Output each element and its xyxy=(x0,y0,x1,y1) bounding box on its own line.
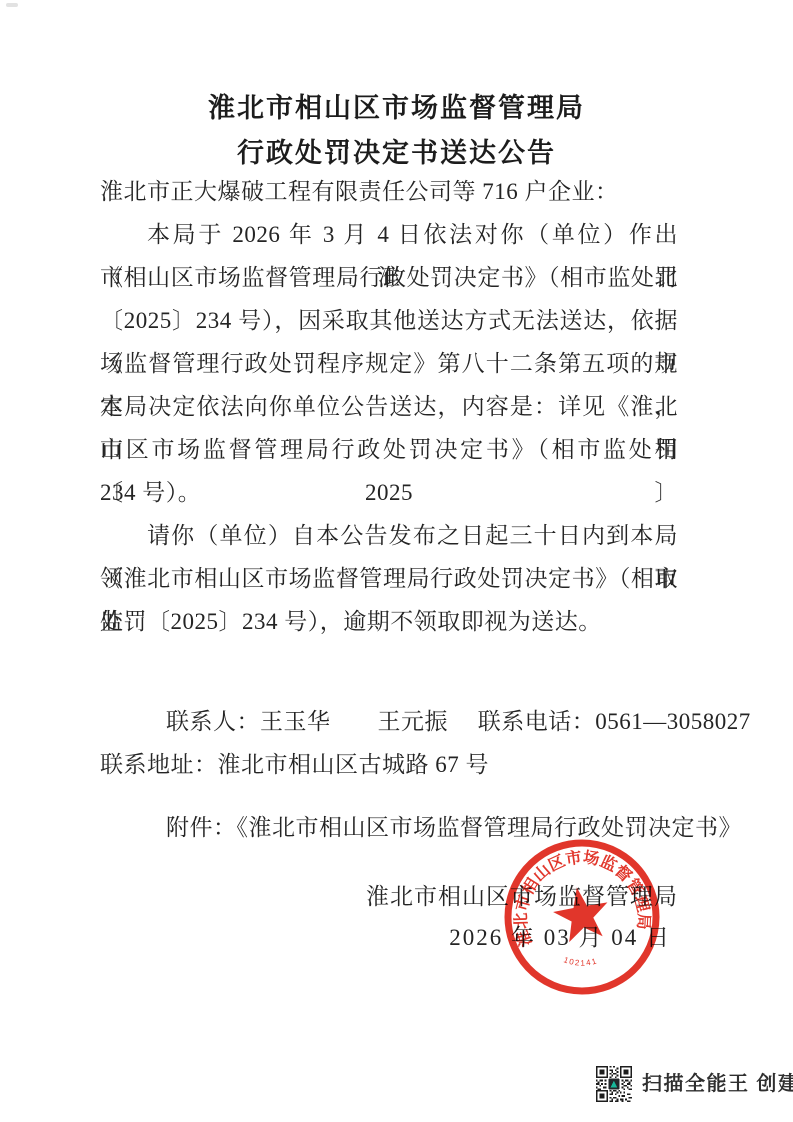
title-line-1: 淮北市相山区市场监督管理局 xyxy=(0,86,793,131)
scan-artifact xyxy=(6,3,18,7)
body-line: 本局决定依法向你单位公告送达，内容是：详见《淮北市相 xyxy=(100,385,678,428)
body-line: 场监督管理行政处罚程序规定》第八十二条第五项的规定， xyxy=(100,342,678,385)
qr-code-icon xyxy=(596,1066,632,1102)
document-body: 淮北市正大爆破工程有限责任公司等 716 户企业： 本局于 2026 年 3 月… xyxy=(100,170,678,643)
contact-address-line: 联系地址：淮北市相山区古城路 67 号 xyxy=(100,743,700,786)
body-line: 〔2025〕234 号），因采取其他送达方式无法送达，依据《市 xyxy=(100,299,678,342)
signature-org: 淮北市相山区市场监督管理局 xyxy=(366,876,678,917)
body-line: 处罚〔2025〕234 号），逾期不领取即视为送达。 xyxy=(100,600,678,643)
body-line: 请你（单位）自本公告发布之日起三十日内到本局领取 xyxy=(100,514,678,557)
watermark-text: 扫描全能王 创建 xyxy=(642,1066,793,1102)
signature-block: 淮北市相山区市场监督管理局 2026 年 03 月 04 日 xyxy=(366,876,678,958)
contact-info: 联系人：王玉华 王元振 联系电话：0561—3058027 联系地址：淮北市相山… xyxy=(100,700,700,786)
body-line: 《淮北市相山区市场监督管理局行政处罚决定书》（相市监 xyxy=(100,557,678,600)
document-title: 淮北市相山区市场监督管理局 行政处罚决定书送达公告 xyxy=(0,86,793,176)
attachment-line: 附件：《淮北市相山区市场监督管理局行政处罚决定书》 xyxy=(100,806,720,849)
signature-date: 2026 年 03 月 04 日 xyxy=(366,917,678,958)
body-line: 本局于 2026 年 3 月 4 日依法对你（单位）作出《淮北 xyxy=(100,213,678,256)
body-line: 山区市场监督管理局行政处罚决定书》（相市监处罚〔2025〕 xyxy=(100,428,678,471)
document-page: 淮北市相山区市场监督管理局 行政处罚决定书送达公告 淮北市正大爆破工程有限责任公… xyxy=(0,0,793,1122)
scanner-watermark: 扫描全能王 创建 xyxy=(596,1066,793,1102)
body-line: 市相山区市场监督管理局行政处罚决定书》（相市监处罚 xyxy=(100,256,678,299)
addressee-line: 淮北市正大爆破工程有限责任公司等 716 户企业： xyxy=(100,170,678,213)
contact-persons-line: 联系人：王玉华 王元振 联系电话：0561—3058027 xyxy=(100,700,700,743)
attachment-section: 附件：《淮北市相山区市场监督管理局行政处罚决定书》 xyxy=(100,806,720,849)
